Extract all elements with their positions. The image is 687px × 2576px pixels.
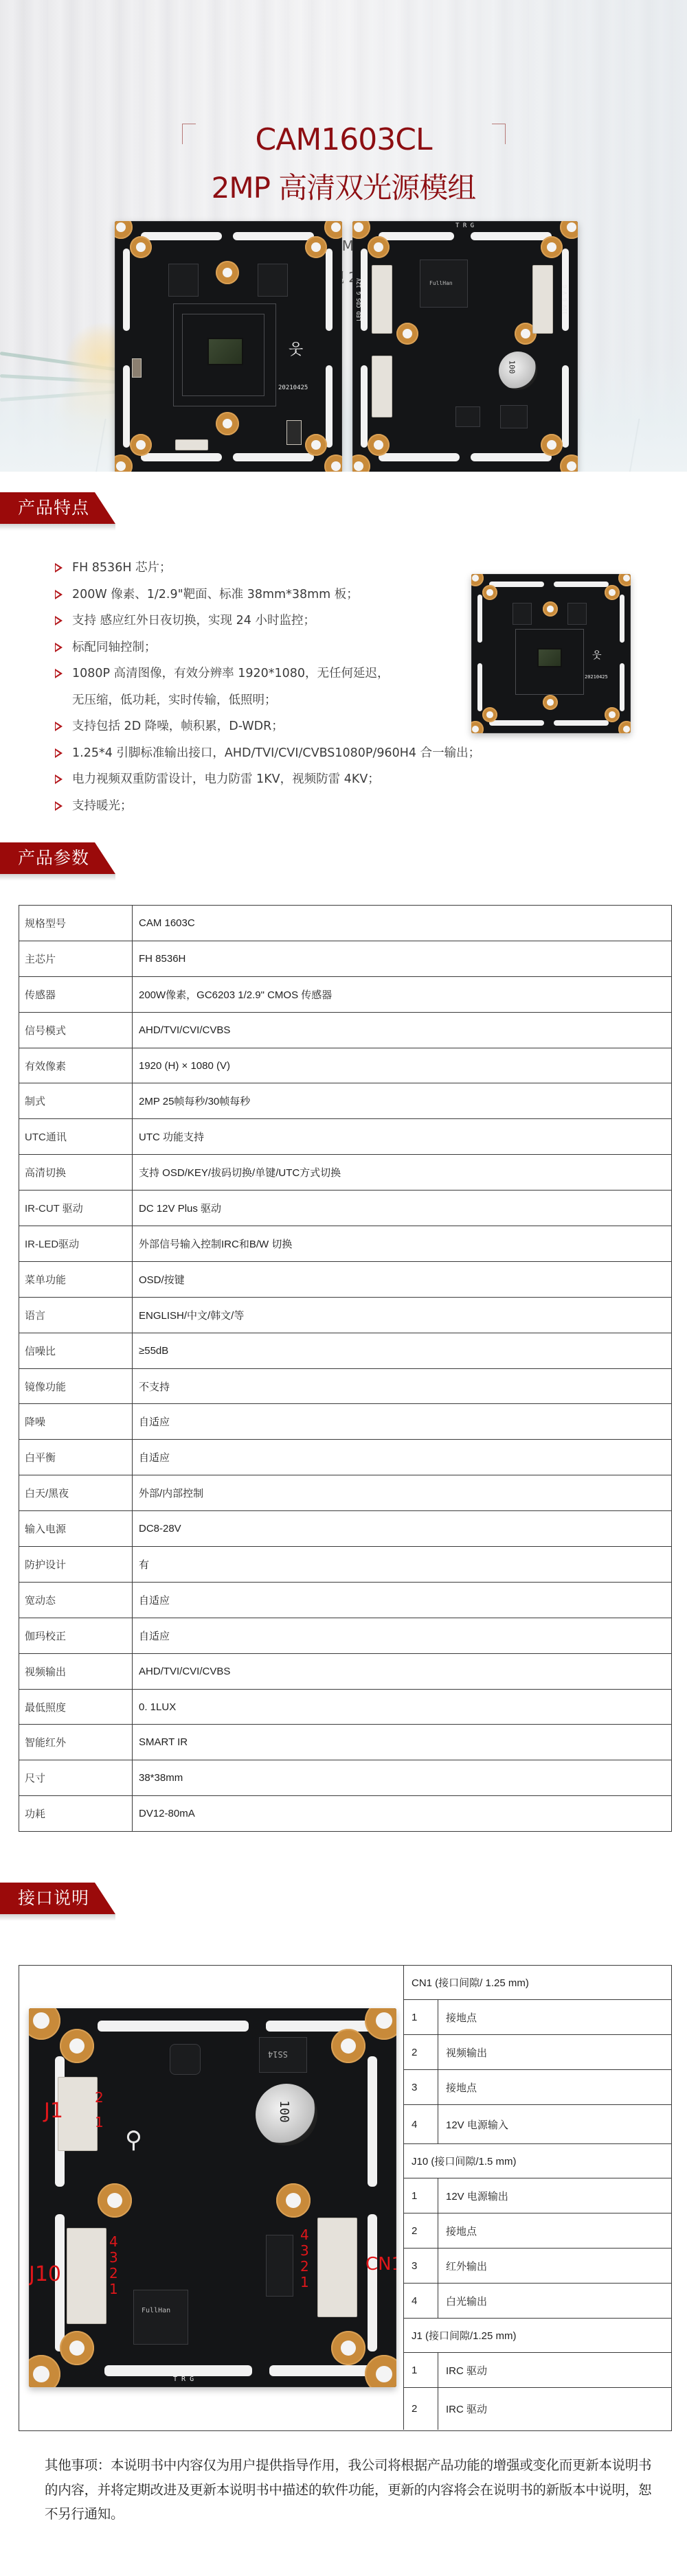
interface-image-cell: 100 SS14 FullHan ⚲ T R G J1 2 1 J10 4 3 …: [19, 1966, 404, 2430]
pin-description: 12V 电源输入: [438, 2105, 671, 2143]
arrow-right-icon: [55, 643, 63, 652]
table-row: 白天/黑夜外部/内部控制: [19, 1475, 672, 1511]
pin-label: 3: [109, 2251, 118, 2264]
section-header-interface: 接口说明: [0, 1883, 115, 1914]
feature-item: 支持暖光；: [52, 793, 616, 820]
spec-key: 最低照度: [19, 1689, 133, 1725]
spec-key: 白天/黑夜: [19, 1475, 133, 1511]
spec-key: 高清切换: [19, 1155, 133, 1191]
table-row: 镜像功能不支持: [19, 1368, 672, 1404]
feature-item: 电力视频双重防雷设计，电力防雷 1KV，视频防雷 4KV；: [52, 766, 616, 793]
spec-key: 规格型号: [19, 906, 133, 941]
table-row: 1接地点: [404, 2000, 671, 2035]
pin-number: 2: [404, 2213, 438, 2248]
spec-key: 白平衡: [19, 1440, 133, 1475]
table-row: 高清切换支持 OSD/KEY/拔码切换/单键/UTC方式切换: [19, 1155, 672, 1191]
arrow-right-icon: [55, 748, 63, 758]
spec-key: IR-LED驱动: [19, 1226, 133, 1262]
spec-value: 1920 (H) × 1080 (V): [133, 1048, 672, 1083]
spec-key: 视频输出: [19, 1653, 133, 1689]
table-row: 防护设计有: [19, 1547, 672, 1583]
table-row: 信号模式AHD/TVI/CVI/CVBS: [19, 1012, 672, 1048]
table-row: 视频输出AHD/TVI/CVI/CVBS: [19, 1653, 672, 1689]
spec-key: 防护设计: [19, 1547, 133, 1583]
spec-value: SMART IR: [133, 1725, 672, 1760]
spec-key: 尺寸: [19, 1760, 133, 1796]
pcb-back-image: FullHan 100 T R G LED CDS G 12V 12V G V …: [352, 221, 578, 472]
pin-label: 4: [300, 2228, 309, 2242]
pin-description: IRC 驱动: [438, 2388, 671, 2430]
pin-number: 2: [404, 2388, 438, 2430]
spec-key: 语言: [19, 1297, 133, 1333]
pin-label: 1: [95, 2115, 104, 2129]
pin-label: 2: [300, 2259, 309, 2273]
table-row: 2视频输出: [404, 2035, 671, 2070]
spec-value: AHD/TVI/CVI/CVBS: [133, 1012, 672, 1048]
table-row: IR-LED驱动外部信号输入控制IRC和B/W 切换: [19, 1226, 672, 1262]
table-row: 规格型号CAM 1603C: [19, 906, 672, 941]
connector-label-j10: J10: [29, 2264, 61, 2285]
table-row: UTC通讯UTC 功能支持: [19, 1119, 672, 1155]
spec-key: 输入电源: [19, 1511, 133, 1547]
table-row: 传感器200W像素，GC6203 1/2.9" CMOS 传感器: [19, 976, 672, 1012]
pin-label: 4: [109, 2235, 118, 2249]
spec-value: 外部/内部控制: [133, 1475, 672, 1511]
pcb-feature-image: 웃 20210425: [471, 574, 631, 733]
table-row: 功耗DV12-80mA: [19, 1796, 672, 1832]
table-row: 1IRC 驱动: [404, 2353, 671, 2388]
pin-number: 4: [404, 2105, 438, 2143]
spec-key: 传感器: [19, 976, 133, 1012]
spec-value: 自适应: [133, 1440, 672, 1475]
section-header-features: 产品特点: [0, 492, 115, 524]
pin-description: IRC 驱动: [438, 2353, 671, 2387]
spec-value: OSD/按键: [133, 1261, 672, 1297]
table-row: 4白光输出: [404, 2284, 671, 2319]
pin-label: 1: [300, 2275, 309, 2289]
spec-value: DC8-28V: [133, 1511, 672, 1547]
spec-value: 外部信号输入控制IRC和B/W 切换: [133, 1226, 672, 1262]
table-row: 智能红外SMART IR: [19, 1725, 672, 1760]
spec-value: 支持 OSD/KEY/拔码切换/单键/UTC方式切换: [133, 1155, 672, 1191]
pin-description: 视频输出: [438, 2035, 671, 2069]
table-row: 有效像素1920 (H) × 1080 (V): [19, 1048, 672, 1083]
connector-header-cn1: CN1 (接口间隙/ 1.25 mm): [404, 1966, 671, 2000]
spec-table: 规格型号CAM 1603C 主芯片FH 8536H 传感器200W像素，GC62…: [19, 905, 672, 1832]
table-row: 主芯片FH 8536H: [19, 941, 672, 976]
table-row: 宽动态自适应: [19, 1582, 672, 1618]
pin-description: 12V 电源输出: [438, 2178, 671, 2213]
hero-floor: [0, 419, 687, 472]
pin-label: 1: [109, 2282, 118, 2296]
pin-number: 4: [404, 2284, 438, 2318]
spec-value: 38*38mm: [133, 1760, 672, 1796]
spec-value: UTC 功能支持: [133, 1119, 672, 1155]
pin-label: 2: [95, 2091, 104, 2104]
hero-tagline-line1: 标准 38MM*38MM 板，感应红外日: [0, 238, 687, 254]
table-row: 制式2MP 25帧每秒/30帧每秒: [19, 1083, 672, 1119]
spec-key: 菜单功能: [19, 1261, 133, 1297]
section-title: 接口说明: [18, 1883, 89, 1914]
spec-key: IR-CUT 驱动: [19, 1191, 133, 1226]
interface-table: 100 SS14 FullHan ⚲ T R G J1 2 1 J10 4 3 …: [19, 1965, 672, 2431]
connector-header-j10: J10 (接口间隙/1.5 mm): [404, 2144, 671, 2178]
hero-banner: CAM1603CL 2MP 高清双光源模组 标准 38MM*38MM 板，感应红…: [0, 0, 687, 472]
arrow-right-icon: [55, 616, 63, 625]
table-row: 输入电源DC8-28V: [19, 1511, 672, 1547]
pin-description: 接地点: [438, 2070, 671, 2104]
table-row: 最低照度0. 1LUX: [19, 1689, 672, 1725]
table-row: 2IRC 驱动: [404, 2388, 671, 2430]
connector-label-cn1: CN1: [365, 2255, 396, 2273]
connector-label-j1: J1: [44, 2101, 63, 2121]
spec-key: 信噪比: [19, 1333, 133, 1368]
pin-label: 3: [300, 2244, 309, 2257]
table-row: 尺寸38*38mm: [19, 1760, 672, 1796]
pin-number: 1: [404, 2353, 438, 2387]
pin-label: 2: [109, 2266, 118, 2280]
spec-key: 制式: [19, 1083, 133, 1119]
table-row: 112V 电源输出: [404, 2178, 671, 2213]
table-row: 伽玛校正自适应: [19, 1618, 672, 1653]
spec-value: DV12-80mA: [133, 1796, 672, 1832]
table-row: 语言ENGLISH/中文/韩文/等: [19, 1297, 672, 1333]
arrow-right-icon: [55, 590, 63, 599]
hero-tagline-line2: 夜切换，实现 24 小时监控: [0, 269, 687, 286]
spec-key: 降噪: [19, 1404, 133, 1440]
spec-key: 宽动态: [19, 1582, 133, 1618]
pin-number: 2: [404, 2035, 438, 2069]
pin-number: 3: [404, 2070, 438, 2104]
spec-value: 自适应: [133, 1404, 672, 1440]
table-row: 菜单功能OSD/按键: [19, 1261, 672, 1297]
spec-value: 2MP 25帧每秒/30帧每秒: [133, 1083, 672, 1119]
spec-value: 有: [133, 1547, 672, 1583]
pin-description: 白光输出: [438, 2284, 671, 2318]
table-row: 2接地点: [404, 2213, 671, 2249]
pin-description: 接地点: [438, 2213, 671, 2248]
table-row: 412V 电源输入: [404, 2105, 671, 2144]
disclaimer-note: 其他事项：本说明书中内容仅为用户提供指导作用，我公司将根据产品功能的增强或变化而…: [45, 2453, 653, 2527]
pcb-interface-image: 100 SS14 FullHan ⚲ T R G J1 2 1 J10 4 3 …: [29, 2008, 396, 2387]
product-model-title: CAM1603CL: [0, 121, 687, 159]
pin-number: 1: [404, 2000, 438, 2034]
spec-value: AHD/TVI/CVI/CVBS: [133, 1653, 672, 1689]
table-row: 白平衡自适应: [19, 1440, 672, 1475]
spec-value: 0. 1LUX: [133, 1689, 672, 1725]
section-title: 产品参数: [18, 842, 89, 874]
spec-value: 200W像素，GC6203 1/2.9" CMOS 传感器: [133, 976, 672, 1012]
arrow-right-icon: [55, 722, 63, 731]
arrow-right-icon: [55, 563, 63, 573]
section-title: 产品特点: [18, 492, 89, 524]
spec-value: ENGLISH/中文/韩文/等: [133, 1297, 672, 1333]
table-row: 3红外输出: [404, 2249, 671, 2284]
spec-key: 伽玛校正: [19, 1618, 133, 1653]
spec-value: 自适应: [133, 1618, 672, 1653]
pin-description: 接地点: [438, 2000, 671, 2034]
spec-key: UTC通讯: [19, 1119, 133, 1155]
table-row: 降噪自适应: [19, 1404, 672, 1440]
feature-item: 1.25*4 引脚标准输出接口，AHD/TVI/CVI/CVBS1080P/96…: [52, 740, 616, 767]
spec-value: 自适应: [133, 1582, 672, 1618]
arrow-right-icon: [55, 801, 63, 811]
spec-key: 信号模式: [19, 1012, 133, 1048]
section-header-params: 产品参数: [0, 842, 115, 874]
pin-number: 1: [404, 2178, 438, 2213]
product-name-title: 2MP 高清双光源模组: [0, 169, 687, 207]
spec-value: 不支持: [133, 1368, 672, 1404]
spec-key: 主芯片: [19, 941, 133, 976]
interface-pin-list: CN1 (接口间隙/ 1.25 mm) 1接地点 2视频输出 3接地点 412V…: [404, 1966, 671, 2430]
pin-number: 3: [404, 2249, 438, 2283]
pcb-front-image: 웃 20210425: [115, 221, 342, 472]
arrow-right-icon: [55, 669, 63, 678]
spec-value: DC 12V Plus 驱动: [133, 1191, 672, 1226]
table-row: IR-CUT 驱动DC 12V Plus 驱动: [19, 1191, 672, 1226]
spec-key: 有效像素: [19, 1048, 133, 1083]
connector-header-j1: J1 (接口间隙/1.25 mm): [404, 2319, 671, 2353]
table-row: 信噪比≥55dB: [19, 1333, 672, 1368]
spec-value: CAM 1603C: [133, 906, 672, 941]
table-row: 3接地点: [404, 2070, 671, 2105]
spec-value: ≥55dB: [133, 1333, 672, 1368]
pin-description: 红外输出: [438, 2249, 671, 2283]
spec-key: 镜像功能: [19, 1368, 133, 1404]
spec-key: 智能红外: [19, 1725, 133, 1760]
arrow-right-icon: [55, 774, 63, 784]
spec-key: 功耗: [19, 1796, 133, 1832]
spec-value: FH 8536H: [133, 941, 672, 976]
